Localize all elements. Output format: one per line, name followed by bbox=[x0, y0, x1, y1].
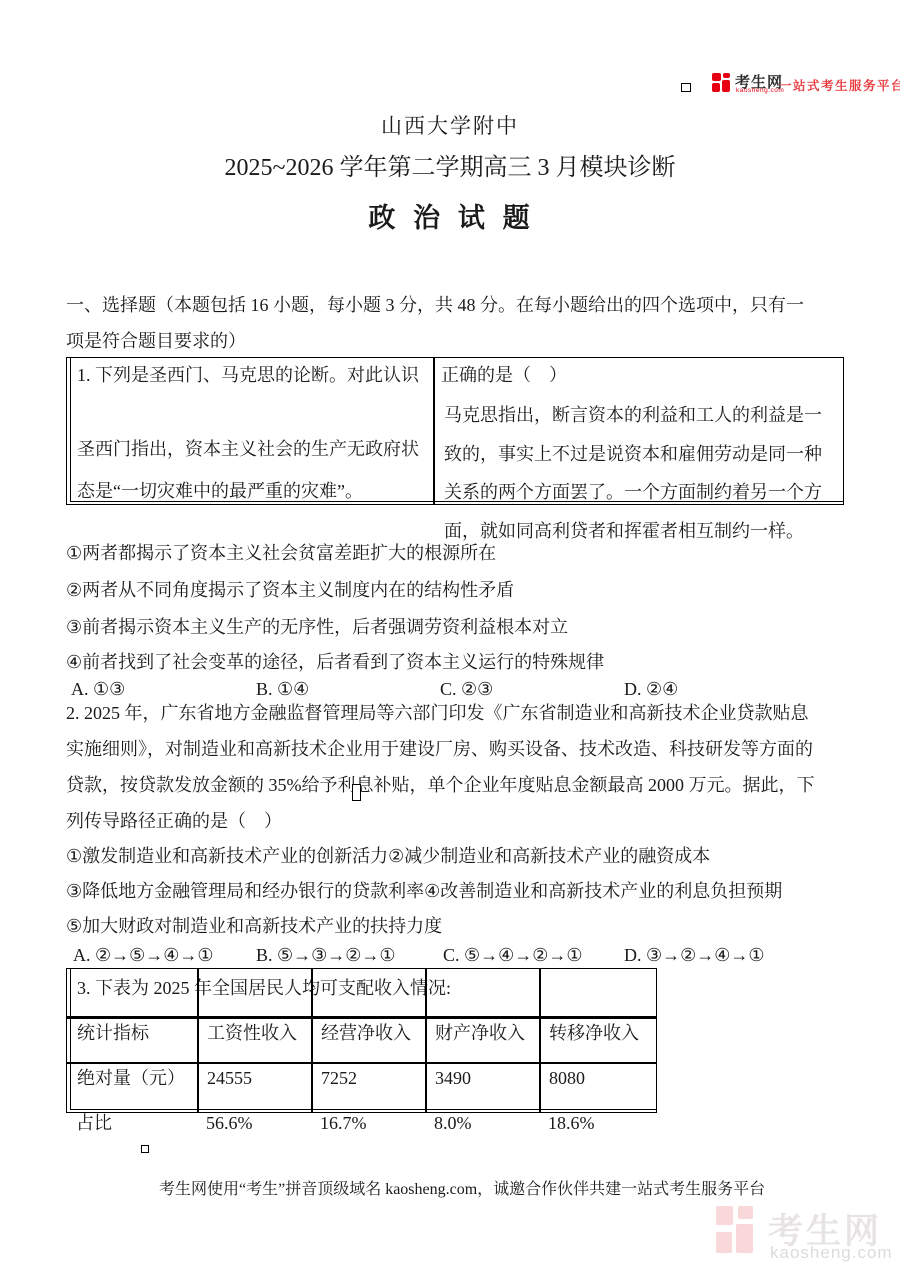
q1-choice-d: D. ②④ bbox=[624, 679, 678, 700]
missing-glyph-box bbox=[141, 1145, 149, 1153]
q1-comparison-table: 1. 下列是圣西门、马克思的论断。对此认识 正确的是（ ） 圣西门指出，资本主义… bbox=[66, 357, 844, 505]
page-title-subject: 政 治 试 题 bbox=[0, 196, 900, 235]
table-border-line bbox=[70, 358, 71, 502]
q3-income-table: 3. 下表为 2025 年全国居民人均可支配收入情况: 统计指标 工资性收入 经… bbox=[66, 968, 657, 1113]
q3-share-label: 占比 bbox=[76, 1113, 112, 1134]
q2-option-line-3: ⑤加大财政对制造业和高新技术产业的扶持力度 bbox=[66, 916, 442, 937]
kaosheng-logo-icon bbox=[712, 73, 731, 92]
q3-share-row: 占比 56.6% 16.7% 8.0% 18.6% bbox=[66, 1113, 655, 1135]
q1-choice-a: A. ①③ bbox=[71, 679, 125, 700]
q1-option-1: ①两者都揭示了资本主义社会贫富差距扩大的根源所在 bbox=[66, 543, 496, 564]
header-brand-tagline: 一站式考生服务平台 bbox=[779, 76, 900, 94]
q2-option-line-1: ①激发制造业和高新技术产业的创新活力②减少制造业和高新技术产业的融资成本 bbox=[66, 846, 710, 867]
q3-share-wage: 56.6% bbox=[206, 1113, 253, 1134]
q3-header-operating: 经营净收入 bbox=[321, 1023, 411, 1044]
q2-stem-line-4: 列传导路径正确的是（ ） bbox=[66, 811, 282, 832]
table-column-divider bbox=[425, 969, 427, 1112]
section-intro-line-2: 项是符合题目要求的） bbox=[66, 331, 246, 352]
q3-absolute-transfer: 8080 bbox=[549, 1068, 585, 1089]
q2-choice-row: A. ②→⑤→④→① B. ⑤→③→②→① C. ⑤→④→②→① D. ③→②→… bbox=[66, 945, 845, 969]
table-border-line bbox=[70, 969, 71, 1110]
page-title-exam: 2025~2026 学年第二学期高三 3 月模块诊断 bbox=[0, 147, 900, 182]
q2-option-line-2: ③降低地方金融管理局和经办银行的贷款利率④改善制造业和高新技术产业的利息负担预期 bbox=[66, 881, 782, 902]
table-column-divider bbox=[197, 969, 199, 1112]
q2-stem-line-2: 实施细则》，对制造业和高新技术企业用于建设厂房、购买设备、技术改造、科技研发等方… bbox=[66, 739, 813, 760]
q3-header-wage: 工资性收入 bbox=[207, 1023, 297, 1044]
table-column-divider bbox=[539, 969, 541, 1112]
table-row-divider bbox=[67, 1016, 656, 1019]
q3-header-transfer: 转移净收入 bbox=[549, 1023, 639, 1044]
q1-choice-b: B. ①④ bbox=[256, 679, 309, 700]
table-border-line bbox=[70, 1109, 657, 1110]
section-intro-line-1: 一、选择题（本题包括 16 小题，每小题 3 分，共 48 分。在每小题给出的四… bbox=[66, 295, 804, 316]
q3-header-property: 财产净收入 bbox=[435, 1023, 525, 1044]
q3-absolute-operating: 7252 bbox=[321, 1068, 357, 1089]
q3-header-indicator: 统计指标 bbox=[77, 1023, 149, 1044]
q3-stem: 3. 下表为 2025 年全国居民人均可支配收入情况: bbox=[77, 978, 451, 999]
text-cursor-glyph bbox=[352, 784, 361, 801]
q2-stem-line-3: 贷款，按贷款发放金额的 35%给予利息补贴，单个企业年度贴息金额最高 2000 … bbox=[66, 775, 815, 796]
q1-option-2: ②两者从不同角度揭示了资本主义制度内在的结构性矛盾 bbox=[66, 580, 514, 601]
table-row-divider bbox=[67, 1062, 656, 1064]
footer-note: 考生网使用“考生”拼音顶级域名 kaosheng.com，诚邀合作伙伴共建一站式… bbox=[159, 1176, 765, 1199]
watermark-logo-icon bbox=[716, 1206, 754, 1253]
table-column-divider bbox=[433, 358, 435, 504]
header-brand-domain: kaosheng.com bbox=[736, 87, 784, 94]
exam-document-page: 考生网 kaosheng.com 一站式考生服务平台 山西大学附中 2025~2… bbox=[0, 0, 900, 1273]
q3-absolute-wage: 24555 bbox=[207, 1068, 252, 1089]
q2-choice-d: D. ③→②→④→① bbox=[624, 945, 765, 966]
q2-choice-b: B. ⑤→③→②→① bbox=[256, 945, 396, 966]
q2-choice-c: C. ⑤→④→②→① bbox=[443, 945, 583, 966]
q1-option-4: ④前者找到了社会变革的途径，后者看到了资本主义运行的特殊规律 bbox=[66, 652, 604, 673]
q3-share-transfer: 18.6% bbox=[548, 1113, 595, 1134]
q3-share-property: 8.0% bbox=[434, 1113, 472, 1134]
q3-share-operating: 16.7% bbox=[320, 1113, 367, 1134]
table-column-divider bbox=[311, 969, 313, 1112]
q3-absolute-label: 绝对量（元） bbox=[77, 1068, 185, 1089]
q1-cell-marx: 马克思指出，断言资本的利益和工人的利益是一致的，事实上不过是说资本和雇佣劳动是同… bbox=[444, 396, 834, 550]
q1-cell-saint-simon: 圣西门指出，资本主义社会的生产无政府状态是“一切灾难中的最严重的灾难”。 bbox=[77, 428, 427, 512]
q1-choice-row: A. ①③ B. ①④ C. ②③ D. ②④ bbox=[66, 679, 845, 703]
q3-absolute-property: 3490 bbox=[435, 1068, 471, 1089]
q1-option-3: ③前者揭示资本主义生产的无序性，后者强调劳资利益根本对立 bbox=[66, 617, 568, 638]
q1-stem-right: 正确的是（ ） bbox=[441, 365, 567, 386]
q1-stem-left: 1. 下列是圣西门、马克思的论断。对此认识 bbox=[77, 365, 419, 386]
q2-choice-a: A. ②→⑤→④→① bbox=[73, 945, 214, 966]
watermark-domain: kaosheng.com bbox=[770, 1243, 893, 1263]
missing-glyph-box bbox=[681, 83, 691, 92]
q2-stem-line-1: 2. 2025 年，广东省地方金融监督管理局等六部门印发《广东省制造业和高新技术… bbox=[66, 703, 809, 724]
q1-choice-c: C. ②③ bbox=[440, 679, 493, 700]
page-title-school: 山西大学附中 bbox=[0, 110, 900, 140]
